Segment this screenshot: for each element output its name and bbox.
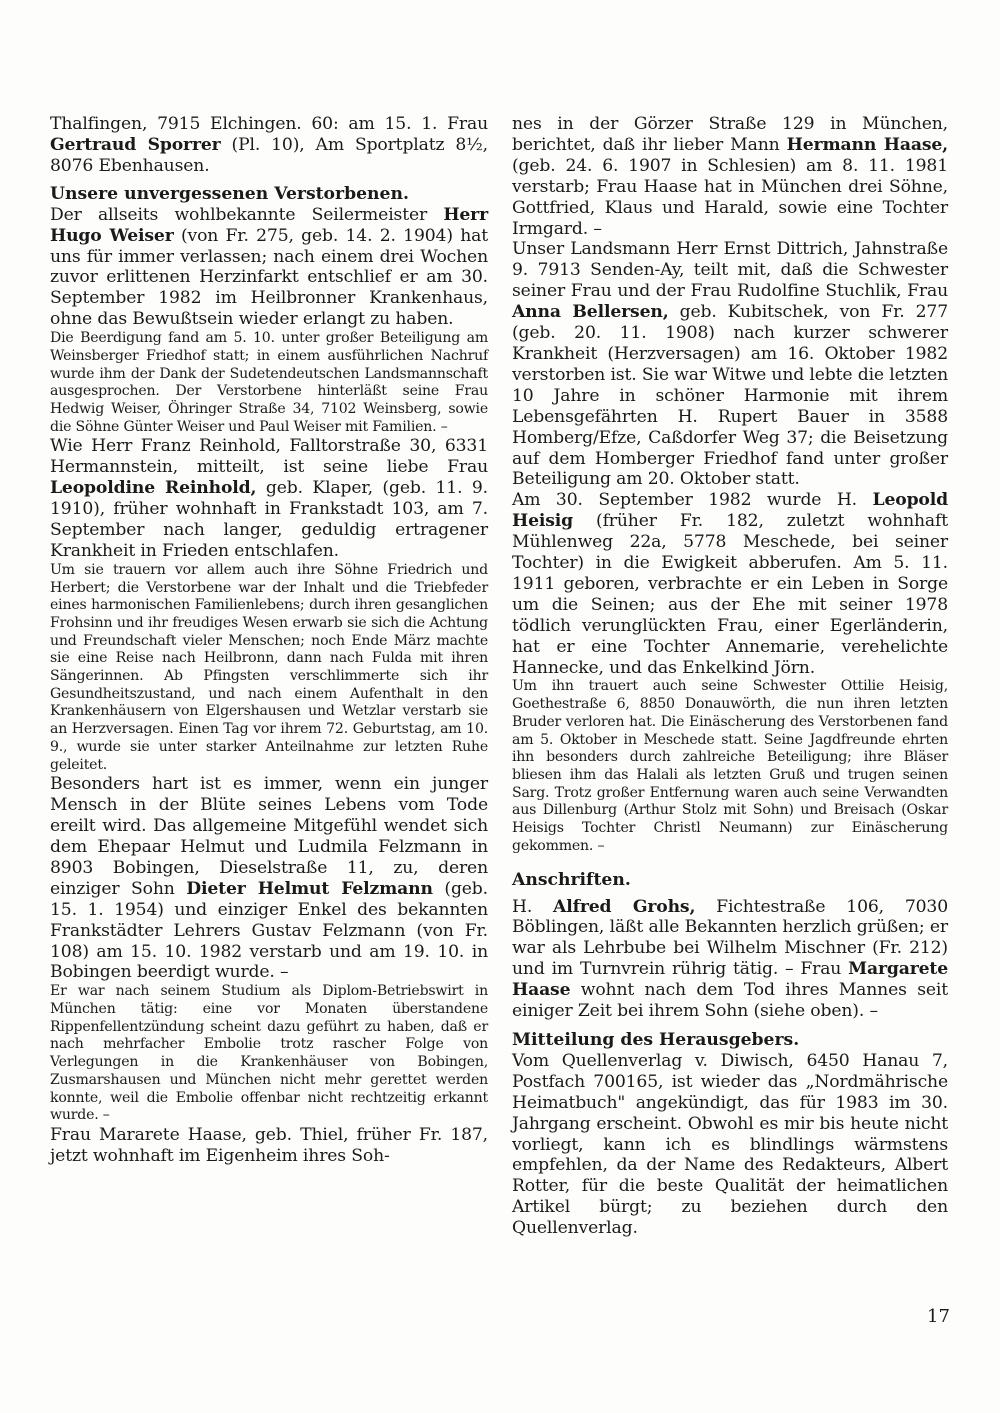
- name-gertraud-sporrer: Gertraud Sporrer: [50, 135, 221, 155]
- paragraph-felzmann: Besonders hart ist es immer, wenn ein ju…: [50, 774, 488, 983]
- paragraph-haase-start: Frau Mararete Haase, geb. Thiel, früher …: [50, 1125, 488, 1167]
- right-column: nes in der Görzer Straße 129 in München,…: [512, 114, 948, 1239]
- paragraph-hermann-haase: nes in der Görzer Straße 129 in München,…: [512, 114, 948, 239]
- paragraph-bellersen: Unser Landsmann Herr Ernst Dittrich, Jah…: [512, 239, 948, 490]
- section-heading-herausgeber: Mitteilung des Herausgebers.: [512, 1030, 948, 1051]
- name-hermann-haase: Hermann Haase,: [787, 135, 948, 155]
- name-alfred-grohs: Alfred Grohs,: [553, 897, 695, 917]
- name-leopoldine-reinhold: Leopoldine Reinhold,: [50, 478, 256, 498]
- page-number: 17: [927, 1306, 950, 1327]
- paragraph-sporrer: Thalfingen, 7915 Elchingen. 60: am 15. 1…: [50, 114, 488, 177]
- paragraph-weiser: Der allseits wohlbekannte Seilermeister …: [50, 205, 488, 330]
- paragraph-quellenverlag: Vom Quellenverlag v. Diwisch, 6450 Hanau…: [512, 1051, 948, 1239]
- paragraph-grohs: H. Alfred Grohs, Fichtestraße 106, 7030 …: [512, 897, 948, 1022]
- paragraph-heisig-detail: Um ihn trauert auch seine Schwester Otti…: [512, 678, 948, 855]
- paragraph-heisig: Am 30. September 1982 wurde H. Leopold H…: [512, 490, 948, 678]
- paragraph-felzmann-detail: Er war nach seinem Studium als Diplom-Be…: [50, 983, 488, 1125]
- paragraph-reinhold-detail: Um sie trauern vor allem auch ihre Söhne…: [50, 562, 488, 774]
- paragraph-reinhold: Wie Herr Franz Reinhold, Falltorstraße 3…: [50, 436, 488, 561]
- section-heading-verstorbenen: Unsere unvergessenen Verstorbenen.: [50, 184, 488, 205]
- paragraph-weiser-funeral: Die Beerdigung fand am 5. 10. unter groß…: [50, 330, 488, 436]
- name-dieter-felzmann: Dieter Helmut Felzmann: [186, 879, 433, 899]
- section-heading-anschriften: Anschriften.: [512, 870, 948, 891]
- left-column: Thalfingen, 7915 Elchingen. 60: am 15. 1…: [50, 114, 488, 1167]
- name-anna-bellersen: Anna Bellersen,: [512, 302, 669, 322]
